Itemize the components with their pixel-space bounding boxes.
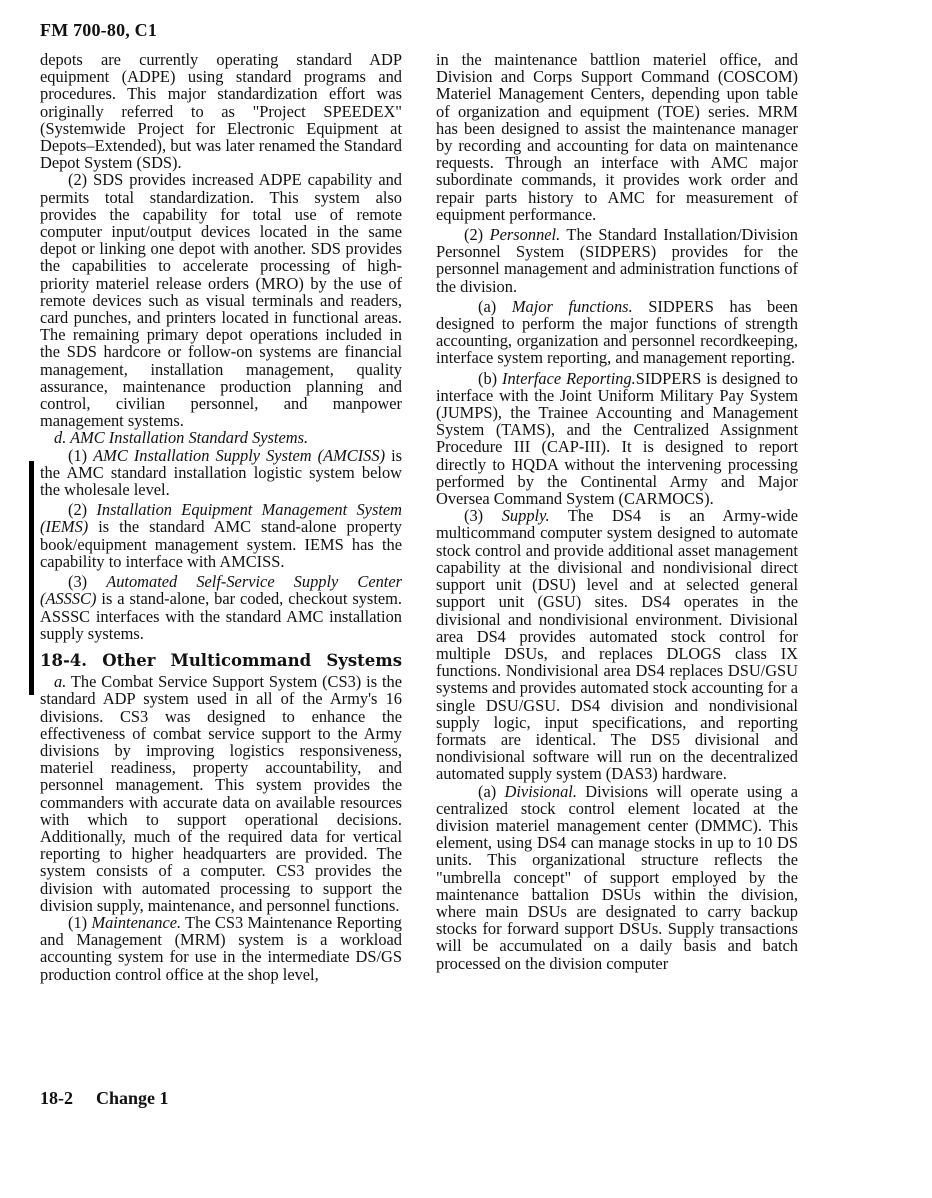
change-label: Change 1 [96, 1088, 169, 1108]
subheading-amc-installation: d. AMC Installation Standard Systems. [40, 429, 402, 446]
paragraph-interface-reporting: (b) Interface Reporting.SIDPERS is desig… [436, 370, 798, 508]
paragraph-mrm-continued: in the maintenance battlion materiel off… [436, 51, 798, 223]
running-head: FM 700-80, C1 [40, 20, 157, 41]
paragraph-major-functions: (a) Major functions. SIDPERS has been de… [436, 298, 798, 367]
paragraph-cs3: a. The Combat Service Support System (CS… [40, 673, 402, 914]
paragraph-maintenance: (1) Maintenance. The CS3 Maintenance Rep… [40, 914, 402, 983]
paragraph-amciss: (1) AMC Installation Supply System (AMCI… [40, 447, 402, 499]
paragraph-sds-intro: depots are currently operating standard … [40, 51, 402, 171]
left-column: depots are currently operating standard … [40, 51, 402, 983]
paragraph-sds-capability: (2) SDS provides increased ADPE capabili… [40, 171, 402, 429]
document-page: FM 700-80, C1 depots are currently opera… [0, 0, 932, 1198]
right-column: in the maintenance battlion materiel off… [436, 51, 798, 972]
paragraph-personnel: (2) Personnel. The Standard Installation… [436, 226, 798, 295]
paragraph-supply: (3) Supply. The DS4 is an Army-wide mult… [436, 507, 798, 782]
paragraph-divisional: (a) Divisional. Divisions will operate u… [436, 783, 798, 972]
section-heading: 18-4. Other Multicommand Systems [40, 652, 402, 669]
page-number: 18-2 [40, 1088, 96, 1109]
change-bar [29, 461, 34, 695]
paragraph-asssc: (3) Automated Self-Service Supply Center… [40, 573, 402, 642]
page-footer: 18-2Change 1 [40, 1088, 169, 1109]
paragraph-iems: (2) Installation Equipment Management Sy… [40, 501, 402, 570]
